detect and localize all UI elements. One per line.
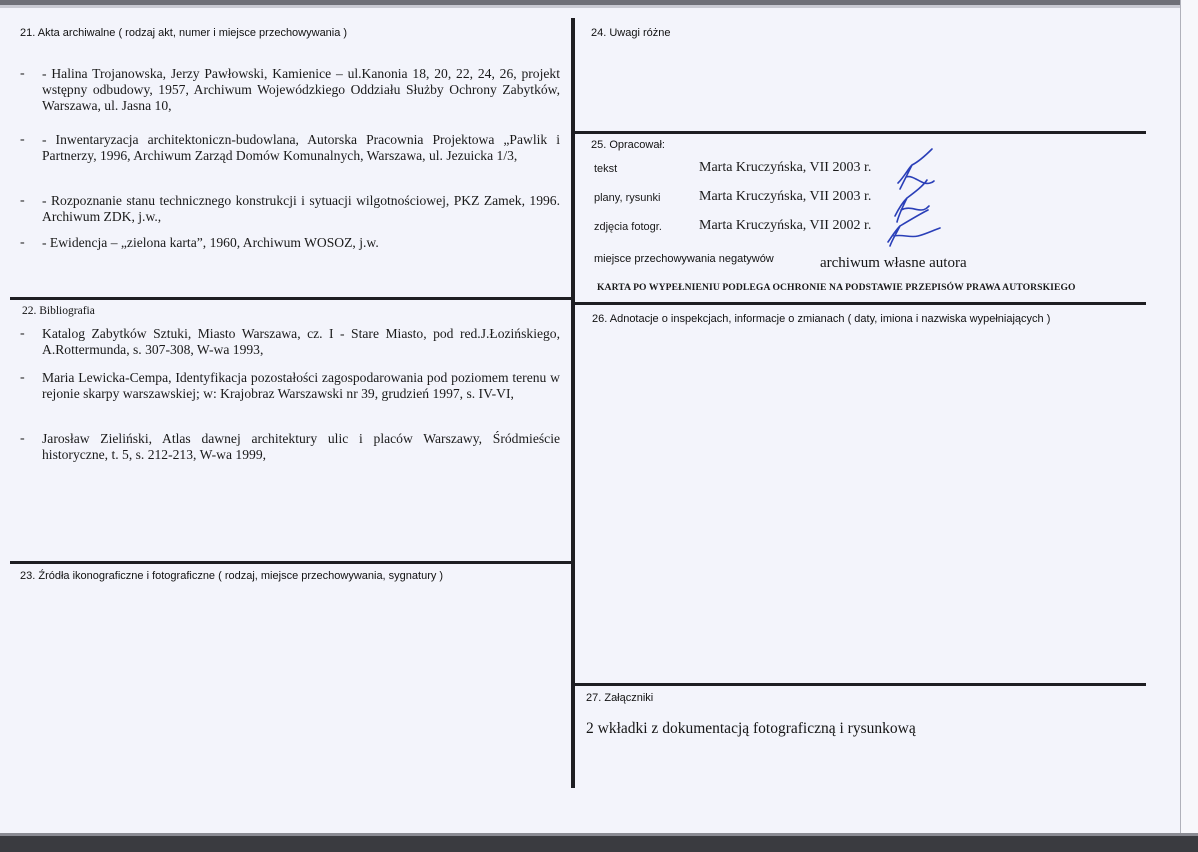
copyright-notice: KARTA PO WYPEŁNIENIU PODLEGA OCHRONIE NA… [597, 282, 1076, 293]
list-dash: - [20, 132, 40, 148]
negatives-value: archiwum własne autora [820, 255, 967, 271]
scan-top-shadow [0, 5, 1198, 8]
scan-bottom-edge [0, 836, 1198, 852]
section-22-title: 22. Bibliografia [22, 305, 95, 317]
divider-26-27 [573, 683, 1146, 686]
list-dash: - [20, 370, 40, 386]
section-27-title: 27. Załączniki [586, 692, 653, 704]
credit-value: Marta Kruczyńska, VII 2003 r. [699, 189, 871, 205]
credit-key: plany, rysunki [594, 192, 660, 204]
bibliography-item: - Jarosław Zieliński, Atlas dawnej archi… [20, 431, 560, 463]
bibliography-item-text: Maria Lewicka-Cempa, Identyfikacja pozos… [42, 370, 560, 402]
archival-item: - - Rozpoznanie stanu technicznego konst… [20, 193, 560, 225]
divider-22-23 [10, 561, 573, 564]
section-21-title: 21. Akta archiwalne ( rodzaj akt, numer … [20, 27, 347, 39]
credit-row-photos: zdjęcia fotogr. Marta Kruczyńska, VII 20… [594, 218, 1154, 238]
credit-row-text: tekst Marta Kruczyńska, VII 2003 r. [594, 160, 1154, 180]
divider-24-25 [573, 131, 1146, 134]
bibliography-item-text: Jarosław Zieliński, Atlas dawnej archite… [42, 431, 560, 463]
archival-item-text: - Rozpoznanie stanu technicznego konstru… [42, 193, 560, 225]
credit-value: Marta Kruczyńska, VII 2002 r. [699, 218, 871, 234]
bibliography-item: - Katalog Zabytków Sztuki, Miasto Warsza… [20, 326, 560, 358]
archival-item-text: - Ewidencja – „zielona karta”, 1960, Arc… [42, 235, 560, 251]
signature-icon [878, 208, 948, 248]
archival-item-text: - Halina Trojanowska, Jerzy Pawłowski, K… [42, 66, 560, 114]
section-24-title: 24. Uwagi różne [591, 27, 671, 39]
negatives-label: miejsce przechowywania negatywów [594, 253, 774, 265]
list-dash: - [20, 326, 40, 342]
credit-row-drawings: plany, rysunki Marta Kruczyńska, VII 200… [594, 189, 1154, 209]
list-dash: - [20, 193, 40, 209]
archival-item-text: - Inwentaryzacja architektoniczn-budowla… [42, 132, 560, 164]
list-dash: - [20, 66, 40, 82]
archival-item: - - Inwentaryzacja architektoniczn-budow… [20, 132, 560, 164]
scan-right-edge [1180, 0, 1198, 836]
bibliography-item: - Maria Lewicka-Cempa, Identyfikacja poz… [20, 370, 560, 402]
section-26-title: 26. Adnotacje o inspekcjach, informacje … [592, 313, 1050, 325]
divider-25-26 [573, 302, 1146, 305]
archival-item: - - Halina Trojanowska, Jerzy Pawłowski,… [20, 66, 560, 114]
bibliography-item-text: Katalog Zabytków Sztuki, Miasto Warszawa… [42, 326, 560, 358]
attachments-value: 2 wkładki z dokumentacją fotograficzną i… [586, 720, 916, 738]
divider-21-22 [10, 297, 573, 300]
section-25-title: 25. Opracował: [591, 139, 665, 151]
credit-key: zdjęcia fotogr. [594, 221, 662, 233]
credit-key: tekst [594, 163, 617, 175]
archival-item: - - Ewidencja – „zielona karta”, 1960, A… [20, 235, 560, 251]
section-23-title: 23. Źródła ikonograficzne i fotograficzn… [20, 570, 443, 582]
credit-value: Marta Kruczyńska, VII 2003 r. [699, 160, 871, 176]
list-dash: - [20, 431, 40, 447]
list-dash: - [20, 235, 40, 251]
